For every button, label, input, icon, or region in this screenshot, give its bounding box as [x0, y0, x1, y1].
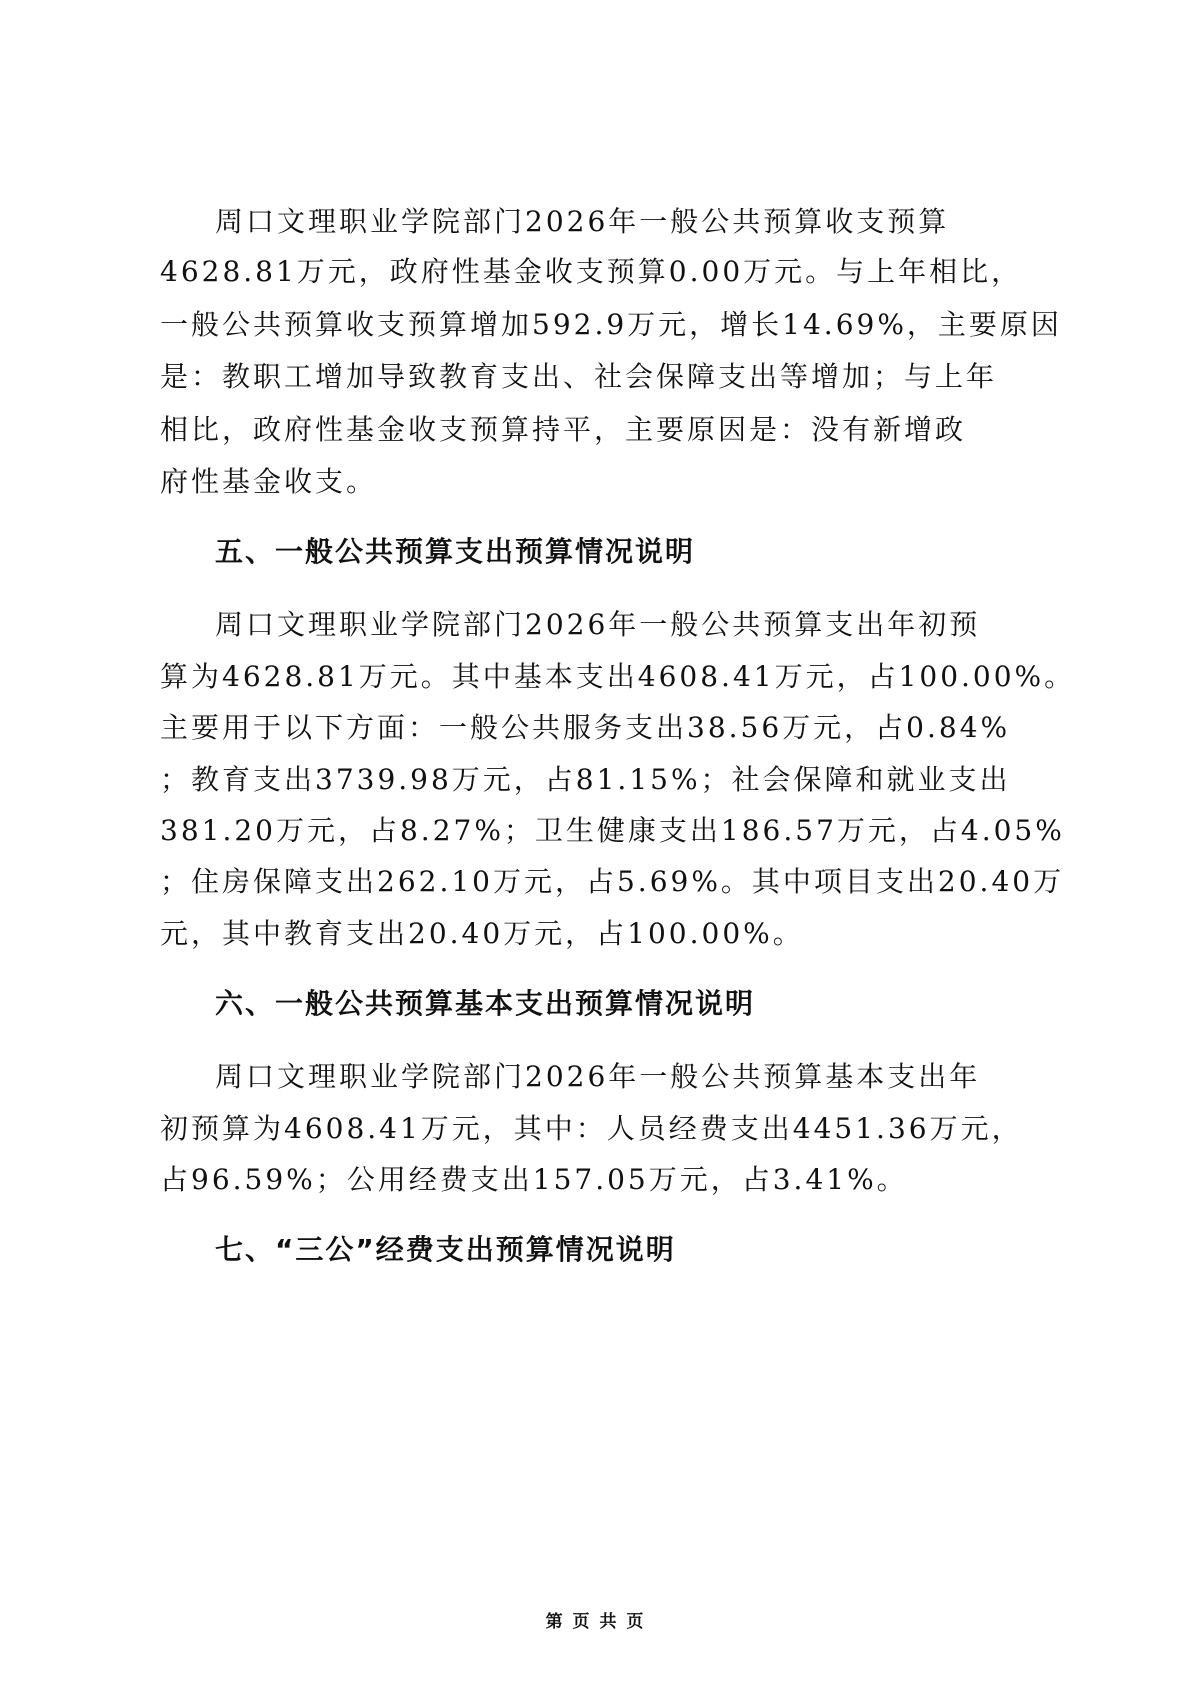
text-line: 相比，政府性基金收支预算持平，主要原因是：没有新增政	[160, 410, 966, 450]
text-line: 周口文理职业学院部门2026年一般公共预算支出年初预	[215, 605, 980, 645]
text-line: 381.20万元，占8.27%；卫生健康支出186.57万元，占4.05%	[160, 811, 1065, 851]
page-number-footer: 第 页 共 页	[0, 1607, 1191, 1632]
text-line: 4628.81万元，政府性基金收支预算0.00万元。与上年相比，	[160, 252, 1022, 292]
text-line: 主要用于以下方面：一般公共服务支出38.56万元，占0.84%	[160, 708, 1010, 748]
text-line: 周口文理职业学院部门2026年一般公共预算收支预算	[215, 202, 949, 242]
text-line: 元，其中教育支出20.40万元，占100.00%。	[160, 914, 804, 954]
text-line: 算为4628.81万元。其中基本支出4608.41万元，占100.00%。	[160, 657, 1075, 697]
text-line: 府性基金收支。	[160, 462, 377, 502]
text-line: 一般公共预算收支预算增加592.9万元，增长14.69%，主要原因	[160, 305, 1062, 345]
text-line: 周口文理职业学院部门2026年一般公共预算基本支出年	[215, 1057, 980, 1097]
section-heading-6: 六、一般公共预算基本支出预算情况说明	[215, 984, 755, 1024]
section-heading-5: 五、一般公共预算支出预算情况说明	[215, 532, 695, 572]
section-heading-7: 七、“三公”经费支出预算情况说明	[215, 1230, 676, 1270]
text-line: 初预算为4608.41万元，其中：人员经费支出4451.36万元，	[160, 1109, 1023, 1149]
document-page: 周口文理职业学院部门2026年一般公共预算收支预算 4628.81万元，政府性基…	[0, 0, 1191, 1684]
text-line: 是：教职工增加导致教育支出、社会保障支出等增加；与上年	[160, 357, 997, 397]
text-line: ；住房保障支出262.10万元，占5.69%。其中项目支出20.40万	[160, 862, 1064, 902]
text-line: ；教育支出3739.98万元，占81.15%；社会保障和就业支出	[160, 760, 1011, 800]
text-line: 占96.59%；公用经费支出157.05万元，占3.41%。	[160, 1160, 908, 1200]
